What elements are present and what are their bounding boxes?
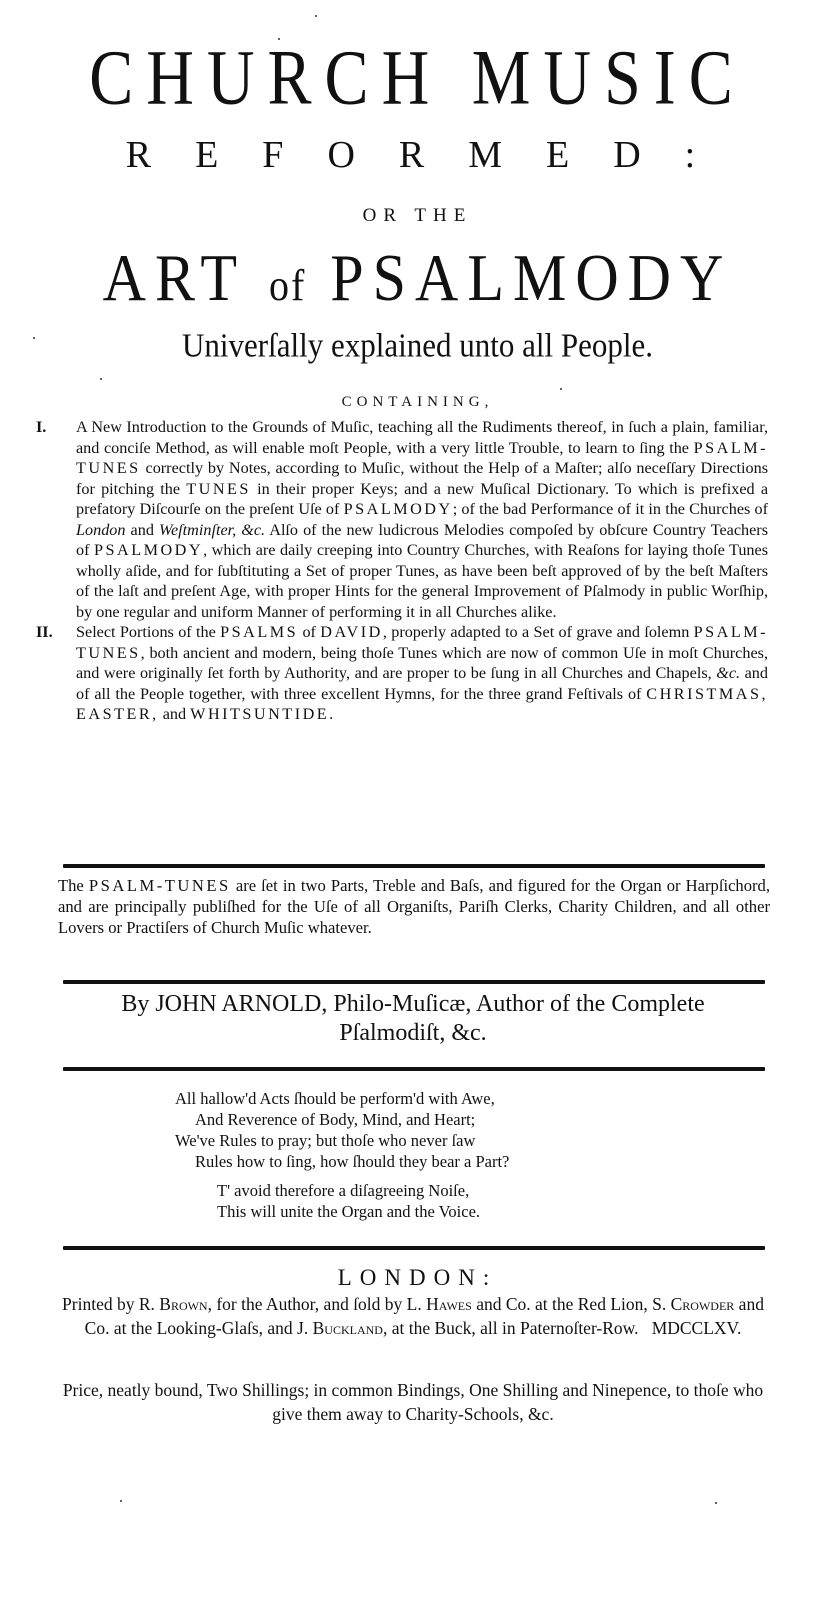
author-line-1: By JOHN ARNOLD, Philo-Muſicæ, Author of …	[48, 990, 778, 1019]
contents-heading: CONTAINING,	[0, 395, 835, 410]
section-number: I.	[36, 417, 46, 438]
section-two: II. Select Portions of the PSALMS of DAV…	[38, 622, 768, 725]
print-speck	[120, 1500, 122, 1502]
section-number: II.	[36, 622, 53, 643]
imprint-text: Printed by R. Brown, for the Author, and…	[48, 1292, 778, 1340]
poem-line: All hallow'd Acts ſhould be perform'd wi…	[175, 1088, 635, 1109]
title-or-the: OR THE	[0, 206, 835, 225]
divider-rule	[63, 1246, 765, 1250]
print-speck	[715, 1502, 717, 1504]
title-church-music: CHURCH MUSIC	[0, 40, 835, 118]
poem-line: T' avoid therefore a diſagreeing Noiſe,	[175, 1180, 635, 1201]
divider-rule	[63, 864, 765, 868]
title-of: of	[269, 260, 306, 310]
imprint-year: MDCCLXV.	[652, 1318, 742, 1338]
author-line-2: Pſalmodiſt, &c.	[48, 1019, 778, 1048]
title-art-of-psalmody: ART of PSALMODY	[0, 244, 835, 311]
imprint-place: LONDON:	[0, 1266, 835, 1289]
poem-line: This will unite the Organ and the Voice.	[175, 1201, 635, 1222]
section-text: Select Portions of the PSALMS of DAVID, …	[76, 622, 768, 725]
divider-rule	[63, 1067, 765, 1071]
psalm-tunes-note: The PSALM-TUNES are ſet in two Parts, Tr…	[58, 875, 770, 938]
section-one: I. A New Introduction to the Grounds of …	[38, 417, 768, 622]
epigraph-poem: All hallow'd Acts ſhould be perform'd wi…	[175, 1088, 635, 1222]
divider-rule	[63, 980, 765, 984]
price-statement: Price, neatly bound, Two Shillings; in c…	[48, 1378, 778, 1426]
title-psalmody: PSALMODY	[330, 241, 732, 315]
subtitle: Univerſally explained unto all People.	[0, 328, 835, 362]
author-credit: By JOHN ARNOLD, Philo-Muſicæ, Author of …	[48, 990, 778, 1048]
print-speck	[278, 38, 280, 40]
poem-line: We've Rules to pray; but thoſe who never…	[175, 1130, 635, 1151]
poem-line: Rules how to ſing, how ſhould they bear …	[175, 1151, 635, 1172]
poem-line: And Reverence of Body, Mind, and Heart;	[175, 1109, 635, 1130]
title-reformed: REFORMED:	[0, 136, 835, 174]
print-speck	[33, 337, 35, 339]
contents-sections: I. A New Introduction to the Grounds of …	[38, 417, 768, 725]
print-speck	[315, 15, 317, 17]
title-page: CHURCH MUSIC REFORMED: OR THE ART of PSA…	[0, 0, 835, 1600]
print-speck	[560, 388, 562, 390]
print-speck	[100, 378, 102, 380]
section-text: A New Introduction to the Grounds of Muſ…	[76, 417, 768, 622]
title-art: ART	[103, 241, 245, 315]
